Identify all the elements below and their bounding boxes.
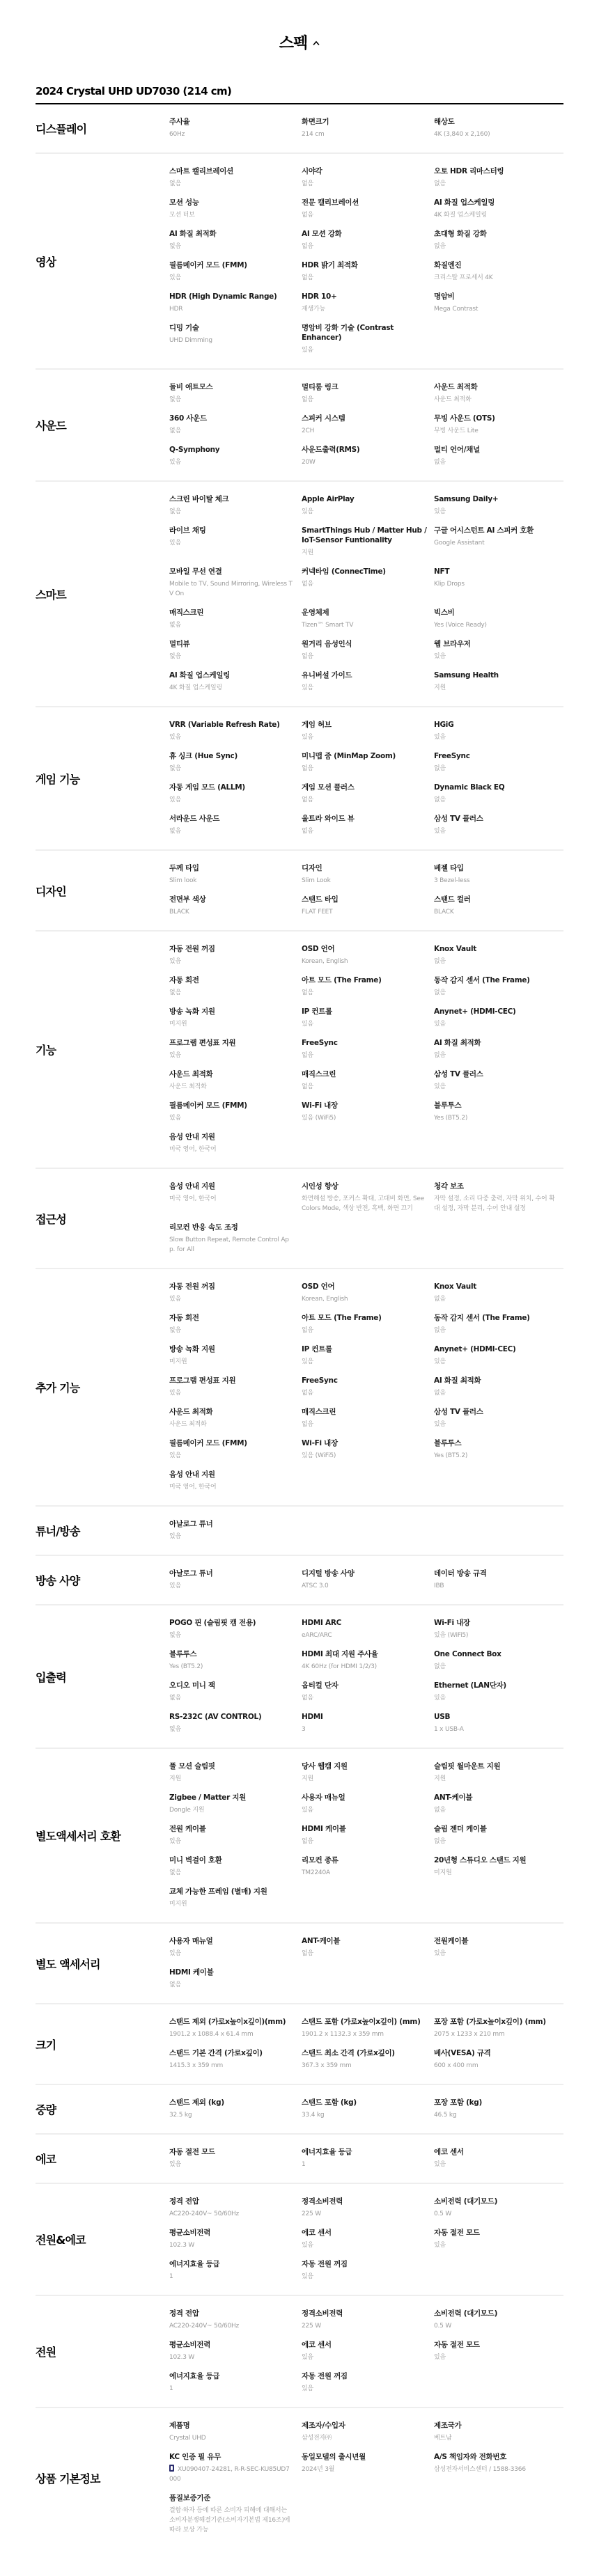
spec-label: 교체 가능한 프레임 (별매) 지원 bbox=[169, 1887, 302, 1896]
spec-value: 1 x USB-A bbox=[434, 1725, 566, 1734]
spec-label: 멀티룸 링크 bbox=[302, 382, 434, 392]
spec-label: KC 인증 필 유무 bbox=[169, 2452, 302, 2462]
spec-label: 멀티 언어/채널 bbox=[434, 445, 566, 455]
spec-value: 크리스탈 프로세서 4K bbox=[434, 273, 566, 283]
spec-label: 자동 전원 꺼짐 bbox=[169, 944, 302, 954]
spec-label: 전원 케이블 bbox=[169, 1824, 302, 1834]
spec-item: 스피커 시스템2CH bbox=[302, 409, 434, 441]
spec-section: 디자인두께 타입Slim look디자인Slim Look베젤 타입3 Beze… bbox=[36, 851, 563, 932]
spec-value: Mega Contrast bbox=[434, 304, 566, 314]
spec-label: 유니버설 가이드 bbox=[302, 670, 434, 680]
spec-item: 프로그램 편성표 지원있음 bbox=[169, 1372, 302, 1403]
spec-value: 3 Bezel-less bbox=[434, 876, 566, 886]
spec-value: 사운드 최적화 bbox=[434, 395, 566, 405]
spec-label: OSD 언어 bbox=[302, 1282, 434, 1291]
spec-item: 풀 모션 슬림핏지원 bbox=[169, 1757, 302, 1789]
spec-label: 360 사운드 bbox=[169, 414, 302, 423]
spec-label: Samsung Health bbox=[434, 670, 566, 680]
spec-grid: 스마트 캘리브레이션없음시야각없음오토 HDR 리마스터링없음모션 성능모션 터… bbox=[169, 162, 566, 360]
spec-item: 방송 녹화 지원미지원 bbox=[169, 1340, 302, 1372]
spec-label: 제조자/수입자 bbox=[302, 2421, 434, 2430]
spec-label: 휴 싱크 (Hue Sync) bbox=[169, 751, 302, 761]
spec-item: 베젤 타입3 Bezel-less bbox=[434, 859, 566, 890]
spec-label: 돌비 애트모스 bbox=[169, 382, 302, 392]
spec-value: 미지원 bbox=[169, 1357, 302, 1367]
spec-value: 4K 60Hz (for HDMI 1/2/3) bbox=[302, 1662, 434, 1672]
section-title: 입출력 bbox=[36, 1614, 169, 1739]
spec-item: 삼성 TV 플러스있음 bbox=[434, 1403, 566, 1434]
spec-value: IBB bbox=[434, 1581, 566, 1591]
spec-value: 없음 bbox=[169, 652, 302, 661]
spec-label: 초대형 화질 강화 bbox=[434, 229, 566, 239]
spec-item: 동일모델의 출시년월2024년 3월 bbox=[302, 2448, 434, 2489]
spec-value: 없음 bbox=[302, 764, 434, 773]
spec-value: Korean, English bbox=[302, 1294, 434, 1304]
spec-grid: POGO 핀 (슬림핏 캠 전용)없음HDMI ARCeARC/ARCWi-Fi… bbox=[169, 1614, 566, 1739]
spec-value: FLAT FEET bbox=[302, 907, 434, 917]
spec-value: 있음 bbox=[169, 1532, 302, 1541]
spec-grid: 스탠드 제외 (가로x높이x깊이)(mm)1901.2 x 1088.4 x 6… bbox=[169, 2013, 566, 2075]
spec-item: 스탠드 포함 (가로x높이x깊이) (mm)1901.2 x 1132.3 x … bbox=[302, 2013, 434, 2044]
spec-value: 1 bbox=[169, 2384, 302, 2394]
spec-item: 운영체제Tizen™ Smart TV bbox=[302, 604, 434, 635]
spec-value: Yes (BT5.2) bbox=[434, 1113, 566, 1123]
spec-item: Ethernet (LAN단자)있음 bbox=[434, 1676, 566, 1708]
spec-label: 스탠드 컬러 bbox=[434, 895, 566, 904]
spec-value: 있음 bbox=[302, 1805, 434, 1815]
spec-item: 스탠드 제외 (kg)32.5 kg bbox=[169, 2094, 302, 2125]
spec-section: 상품 기본정보제품명Crystal UHD제조자/수입자삼성전자㈜제조국가베트남… bbox=[36, 2408, 563, 2548]
spec-item: 자동 절전 모드있음 bbox=[169, 2143, 302, 2174]
spec-label: HDR (High Dynamic Range) bbox=[169, 292, 302, 301]
spec-value: 있음 bbox=[302, 1019, 434, 1029]
spec-label: 자동 전원 꺼짐 bbox=[169, 1282, 302, 1291]
spec-value: 있음 bbox=[434, 2353, 566, 2362]
spec-item: 삼성 TV 플러스있음 bbox=[434, 1065, 566, 1097]
spec-item: 유니버설 가이드있음 bbox=[302, 666, 434, 698]
spec-label: AI 화질 최적화 bbox=[434, 1038, 566, 1048]
spec-section: 별도액세서리 호환풀 모션 슬림핏지원당사 웹캠 지원지원슬림핏 월마운트 지원… bbox=[36, 1749, 563, 1924]
spec-label: 풀 모션 슬림핏 bbox=[169, 1761, 302, 1771]
spec-label: 시인성 향상 bbox=[302, 1181, 434, 1191]
spec-value: 없음 bbox=[169, 1980, 302, 1990]
spec-value: 있음 bbox=[169, 1388, 302, 1398]
spec-value: 미지원 bbox=[434, 1868, 566, 1878]
section-title: 크기 bbox=[36, 2013, 169, 2075]
spec-item: 스탠드 최소 간격 (가로x깊이)367.3 x 359 mm bbox=[302, 2044, 434, 2075]
section-title: 추가 기능 bbox=[36, 1278, 169, 1497]
spec-item: 정격소비전력225 W bbox=[302, 2304, 434, 2336]
spec-label: 모바일 무선 연결 bbox=[169, 567, 302, 576]
spec-label: 스피커 시스템 bbox=[302, 414, 434, 423]
spec-item: 동작 감지 센서 (The Frame)없음 bbox=[434, 1309, 566, 1340]
spec-value: 있음 bbox=[169, 2160, 302, 2169]
spec-grid: 스크린 바이탈 체크없음Apple AirPlay있음Samsung Daily… bbox=[169, 490, 566, 698]
spec-section: 추가 기능자동 전원 꺼짐있음OSD 언어Korean, EnglishKnox… bbox=[36, 1269, 563, 1507]
spec-item: Samsung Daily+있음 bbox=[434, 490, 566, 521]
spec-section: 크기스탠드 제외 (가로x높이x깊이)(mm)1901.2 x 1088.4 x… bbox=[36, 2004, 563, 2085]
spec-item: 구글 어시스턴트 AI 스피커 호환Google Assistant bbox=[434, 521, 566, 563]
section-title: 방송 사양 bbox=[36, 1564, 169, 1596]
spec-value: 없음 bbox=[302, 1051, 434, 1060]
spec-value: 있음 bbox=[169, 1294, 302, 1304]
spec-label: 동작 감지 센서 (The Frame) bbox=[434, 1313, 566, 1323]
spec-item: 시야각없음 bbox=[302, 162, 434, 194]
spec-value: 있음 bbox=[169, 1051, 302, 1060]
spec-label: 베젤 타입 bbox=[434, 863, 566, 873]
spec-item: 사운드 최적화사운드 최적화 bbox=[169, 1065, 302, 1097]
spec-value: 있음 bbox=[302, 683, 434, 693]
spec-label: 사운드 최적화 bbox=[169, 1069, 302, 1079]
section-title: 사운드 bbox=[36, 378, 169, 472]
spec-item: HDR 10+재생가능 bbox=[302, 288, 434, 319]
spec-value: 화면해설 방송, 포커스 확대, 고대비 화면, SeeColors Mode,… bbox=[302, 1194, 434, 1214]
spec-item: OSD 언어Korean, English bbox=[302, 940, 434, 971]
spec-value: Google Assistant bbox=[434, 538, 566, 548]
spec-grid: 자동 전원 꺼짐있음OSD 언어Korean, EnglishKnox Vaul… bbox=[169, 1278, 566, 1497]
spec-value: 600 x 400 mm bbox=[434, 2061, 566, 2071]
spec-label: 음성 안내 지원 bbox=[169, 1470, 302, 1479]
spec-item: Wi-Fi 내장있음 (WiFi5) bbox=[434, 1614, 566, 1645]
spec-value: 없음 bbox=[169, 1868, 302, 1878]
spec-item: 아트 모드 (The Frame)없음 bbox=[302, 971, 434, 1003]
spec-section: 별도 액세서리사용자 매뉴얼있음ANT-케이블없음전원케이블있음HDMI 케이블… bbox=[36, 1924, 563, 2004]
spec-label: 에너지효율 등급 bbox=[169, 2259, 302, 2269]
spec-value: 삼성전자㈜ bbox=[302, 2433, 434, 2443]
spec-item: 명암비 강화 기술 (Contrast Enhancer)있음 bbox=[302, 319, 434, 360]
spec-value: HDR bbox=[169, 304, 302, 314]
section-title: 전원 bbox=[36, 2304, 169, 2398]
kc-certification-icon bbox=[169, 2465, 174, 2472]
spec-label: 사운드출력(RMS) bbox=[302, 445, 434, 455]
spec-item: 에너지효율 등급1 bbox=[302, 2143, 434, 2174]
spec-item: 소비전력 (대기모드)0.5 W bbox=[434, 2192, 566, 2224]
spec-label: 서라운드 사운드 bbox=[169, 814, 302, 824]
spec-label: HDR 10+ bbox=[302, 292, 434, 301]
spec-label: 소비전력 (대기모드) bbox=[434, 2197, 566, 2206]
spec-label: 리모컨 종류 bbox=[302, 1855, 434, 1865]
spec-label: 미니 벽걸이 호환 bbox=[169, 1855, 302, 1865]
spec-item: 멀티룸 링크없음 bbox=[302, 378, 434, 409]
spec-item: 당사 웹캠 지원지원 bbox=[302, 1757, 434, 1789]
spec-label: 자동 회전 bbox=[169, 975, 302, 985]
spec-label: HDMI bbox=[302, 1712, 434, 1722]
spec-item: 매직스크린없음 bbox=[302, 1403, 434, 1434]
spec-item: 스탠드 기본 간격 (가로x깊이)1415.3 x 359 mm bbox=[169, 2044, 302, 2075]
spec-label: 블루투스 bbox=[169, 1649, 302, 1659]
spec-item: Wi-Fi 내장있음 (WiFi5) bbox=[302, 1434, 434, 1466]
spec-item: 음성 안내 지원미국 영어, 한국어 bbox=[169, 1177, 302, 1218]
spec-value: 있음 bbox=[434, 507, 566, 517]
spec-item: FreeSync없음 bbox=[302, 1034, 434, 1065]
spec-label: 정격 전압 bbox=[169, 2309, 302, 2318]
spec-value: 미지원 bbox=[169, 1899, 302, 1909]
spec-value: 있음 bbox=[302, 2353, 434, 2362]
spec-item: 전면부 색상BLACK bbox=[169, 890, 302, 922]
spec-label: NFT bbox=[434, 567, 566, 576]
spec-label: AI 화질 업스케일링 bbox=[169, 670, 302, 680]
spec-label: 베사(VESA) 규격 bbox=[434, 2048, 566, 2058]
spec-item: 에너지효율 등급1 bbox=[169, 2367, 302, 2398]
spec-value: UHD Dimming bbox=[169, 336, 302, 345]
spec-label: 자동 전원 꺼짐 bbox=[302, 2371, 434, 2381]
spec-label: 프로그램 편성표 지원 bbox=[169, 1376, 302, 1385]
spec-grid: VRR (Variable Refresh Rate)있음게임 허브있음HGiG… bbox=[169, 716, 566, 841]
spec-item: 사용자 매뉴얼있음 bbox=[169, 1932, 302, 1963]
spec-value: 없음 bbox=[169, 426, 302, 436]
spec-item: 옵티컬 단자없음 bbox=[302, 1676, 434, 1708]
spec-label: SmartThings Hub / Matter Hub / IoT-Senso… bbox=[302, 526, 434, 545]
spec-label: Wi-Fi 내장 bbox=[434, 1618, 566, 1628]
spec-item: One Connect Box없음 bbox=[434, 1645, 566, 1676]
spec-item: USB1 x USB-A bbox=[434, 1708, 566, 1739]
spec-value: 미지원 bbox=[169, 1019, 302, 1029]
spec-value: 지원 bbox=[302, 1774, 434, 1784]
section-title: 튜너/방송 bbox=[36, 1515, 169, 1546]
spec-value: 없음 bbox=[169, 826, 302, 836]
spec-item: 블루투스Yes (BT5.2) bbox=[434, 1097, 566, 1128]
spec-value: 재생가능 bbox=[302, 304, 434, 314]
spec-item: 빅스비Yes (Voice Ready) bbox=[434, 604, 566, 635]
spec-item: 리모컨 반응 속도 조정Slow Button Repeat, Remote C… bbox=[169, 1218, 302, 1259]
spec-item: FreeSync없음 bbox=[434, 747, 566, 778]
spec-item: HGiG있음 bbox=[434, 716, 566, 747]
spec-value: eARC/ARC bbox=[302, 1631, 434, 1640]
spec-label: HDMI ARC bbox=[302, 1618, 434, 1628]
spec-label: VRR (Variable Refresh Rate) bbox=[169, 720, 302, 730]
spec-item: 서라운드 사운드없음 bbox=[169, 810, 302, 841]
spec-item: 음성 안내 지원미국 영어, 한국어 bbox=[169, 1128, 302, 1159]
spec-value: 없음 bbox=[434, 1294, 566, 1304]
spec-item: OSD 언어Korean, English bbox=[302, 1278, 434, 1309]
spec-value: 없음 bbox=[434, 1805, 566, 1815]
spec-value: AC220-240V~ 50/60Hz bbox=[169, 2321, 302, 2331]
spec-value: 있음 bbox=[169, 1581, 302, 1591]
spec-item: AI 화질 최적화없음 bbox=[434, 1034, 566, 1065]
spec-item: 20년형 스튜디오 스탠드 지원미지원 bbox=[434, 1851, 566, 1883]
spec-label: 음성 안내 지원 bbox=[169, 1181, 302, 1191]
spec-value: 없음 bbox=[302, 579, 434, 589]
spec-label: 원거리 음성인식 bbox=[302, 639, 434, 649]
spec-value-text: XU090407-24281, R-R-SEC-KU85UD7000 bbox=[169, 2466, 290, 2483]
spec-value: 있음 bbox=[434, 1693, 566, 1703]
spec-label: 무빙 사운드 (OTS) bbox=[434, 414, 566, 423]
spec-item: Q-Symphony있음 bbox=[169, 441, 302, 472]
spec-label: 제조국가 bbox=[434, 2421, 566, 2430]
spec-value: 60Hz bbox=[169, 129, 302, 139]
spec-item: NFTKlip Drops bbox=[434, 563, 566, 604]
spec-value: AC220-240V~ 50/60Hz bbox=[169, 2209, 302, 2219]
spec-value: 없음 bbox=[302, 1082, 434, 1092]
spec-item: 블루투스Yes (BT5.2) bbox=[169, 1645, 302, 1676]
spec-value: 있음 bbox=[434, 826, 566, 836]
spec-item: 정격소비전력225 W bbox=[302, 2192, 434, 2224]
spec-label: 음성 안내 지원 bbox=[169, 1132, 302, 1142]
spec-label: 게임 허브 bbox=[302, 720, 434, 730]
spec-item: 전원 케이블있음 bbox=[169, 1820, 302, 1851]
spec-grid: 스탠드 제외 (kg)32.5 kg스탠드 포함 (kg)33.4 kg포장 포… bbox=[169, 2094, 566, 2125]
spec-label: 동작 감지 센서 (The Frame) bbox=[434, 975, 566, 985]
spec-label: 자동 절전 모드 bbox=[434, 2340, 566, 2350]
spec-item: 리모컨 종류TM2240A bbox=[302, 1851, 434, 1883]
spec-label: Apple AirPlay bbox=[302, 494, 434, 504]
spec-item: 자동 절전 모드있음 bbox=[434, 2336, 566, 2367]
spec-value: Slim Look bbox=[302, 876, 434, 886]
spec-value: 없음 bbox=[434, 457, 566, 467]
spec-label: 사용자 매뉴얼 bbox=[169, 1936, 302, 1946]
spec-grid: 정격 전압AC220-240V~ 50/60Hz정격소비전력225 W소비전력 … bbox=[169, 2192, 566, 2286]
spec-item: 평균소비전력102.3 W bbox=[169, 2336, 302, 2367]
spec-value: 367.3 x 359 mm bbox=[302, 2061, 434, 2071]
spec-item: 자동 전원 꺼짐있음 bbox=[169, 1278, 302, 1309]
spec-value: 있음 bbox=[434, 1019, 566, 1029]
spec-label: One Connect Box bbox=[434, 1649, 566, 1659]
spec-label: Wi-Fi 내장 bbox=[302, 1438, 434, 1448]
spec-item: 제품명Crystal UHD bbox=[169, 2417, 302, 2448]
spec-label: 필름메이커 모드 (FMM) bbox=[169, 1101, 302, 1110]
spec-value: 있음 (WiFi5) bbox=[302, 1451, 434, 1461]
spec-value: 자막 설정, 소리 다중 출력, 자막 위치, 수어 확대 설정, 자막 분리,… bbox=[434, 1194, 566, 1214]
spec-value: 있음 bbox=[169, 1113, 302, 1123]
spec-label: Q-Symphony bbox=[169, 445, 302, 455]
spec-label: 울트라 와이드 뷰 bbox=[302, 814, 434, 824]
spec-item: 방송 녹화 지원미지원 bbox=[169, 1003, 302, 1034]
spec-value: 있음 bbox=[169, 957, 302, 966]
spec-label: 정격 전압 bbox=[169, 2197, 302, 2206]
spec-value: 있음 bbox=[169, 457, 302, 467]
spec-item: 해상도4K (3,840 x 2,160) bbox=[434, 113, 566, 144]
spec-value: 0.5 W bbox=[434, 2209, 566, 2219]
spec-value: 없음 bbox=[302, 988, 434, 998]
spec-item: 초대형 화질 강화없음 bbox=[434, 225, 566, 256]
spec-value: 없음 bbox=[434, 764, 566, 773]
spec-item: AI 모션 강화없음 bbox=[302, 225, 434, 256]
spec-label: 커넥타임 (ConnecTime) bbox=[302, 567, 434, 576]
spec-item: Samsung Health지원 bbox=[434, 666, 566, 698]
spec-item: SmartThings Hub / Matter Hub / IoT-Senso… bbox=[302, 521, 434, 563]
spec-grid: 제품명Crystal UHD제조자/수입자삼성전자㈜제조국가베트남KC 인증 필… bbox=[169, 2417, 566, 2540]
section-title: 별도액세서리 호환 bbox=[36, 1757, 169, 1914]
spec-label: 정격소비전력 bbox=[302, 2309, 434, 2318]
spec-item: 자동 절전 모드있음 bbox=[434, 2224, 566, 2255]
spec-value: 1 bbox=[302, 2160, 434, 2169]
spec-label: 평균소비전력 bbox=[169, 2340, 302, 2350]
spec-value: 2075 x 1233 x 210 mm bbox=[434, 2029, 566, 2039]
spec-label: 20년형 스튜디오 스탠드 지원 bbox=[434, 1855, 566, 1865]
spec-item: AI 화질 최적화없음 bbox=[169, 225, 302, 256]
spec-value: 214 cm bbox=[302, 129, 434, 139]
spec-label: OSD 언어 bbox=[302, 944, 434, 954]
spec-value: 없음 bbox=[169, 242, 302, 251]
spec-label: 두께 타입 bbox=[169, 863, 302, 873]
spec-label: AI 화질 최적화 bbox=[434, 1376, 566, 1385]
spec-label: 스탠드 기본 간격 (가로x깊이) bbox=[169, 2048, 302, 2058]
spec-section: 디스플레이주사율60Hz화면크기214 cm해상도4K (3,840 x 2,1… bbox=[36, 104, 563, 154]
spec-value: 없음 bbox=[169, 620, 302, 630]
spec-value: 20W bbox=[302, 457, 434, 467]
spec-label: Ethernet (LAN단자) bbox=[434, 1681, 566, 1690]
spec-section: 방송 사양아날로그 튜너있음디지털 방송 사양ATSC 3.0데이터 방송 규격… bbox=[36, 1556, 563, 1605]
spec-item: A/S 책임자와 전화번호삼성전자서비스센터 / 1588-3366 bbox=[434, 2448, 566, 2489]
spec-grid: 아날로그 튜너있음디지털 방송 사양ATSC 3.0데이터 방송 규격IBB bbox=[169, 1564, 566, 1596]
spec-value: 미국 영어, 한국어 bbox=[169, 1194, 302, 1204]
spec-value: 4K 화질 업스케일링 bbox=[434, 210, 566, 220]
spec-label: 해상도 bbox=[434, 117, 566, 127]
spec-value: 있음 (WiFi5) bbox=[434, 1631, 566, 1640]
spec-label: ANT-케이블 bbox=[302, 1936, 434, 1946]
spec-value: 없음 bbox=[302, 242, 434, 251]
spec-label: 운영체제 bbox=[302, 608, 434, 618]
spec-label: IP 컨트롤 bbox=[302, 1344, 434, 1354]
spec-grid: 사용자 매뉴얼있음ANT-케이블없음전원케이블있음HDMI 케이블없음 bbox=[169, 1932, 566, 1995]
spec-label: 멀티뷰 bbox=[169, 639, 302, 649]
spec-item: ANT-케이블없음 bbox=[434, 1789, 566, 1820]
spec-item: 화면크기214 cm bbox=[302, 113, 434, 144]
spec-value: 없음 bbox=[302, 795, 434, 805]
spec-label: 시야각 bbox=[302, 166, 434, 176]
spec-item: 무빙 사운드 (OTS)무빙 사운드 Lite bbox=[434, 409, 566, 441]
spec-collapse-toggle[interactable]: 스펙 bbox=[279, 31, 320, 53]
spec-item: Anynet+ (HDMI-CEC)있음 bbox=[434, 1340, 566, 1372]
spec-item: 원거리 음성인식없음 bbox=[302, 635, 434, 666]
spec-label: 자동 회전 bbox=[169, 1313, 302, 1323]
spec-value: 0.5 W bbox=[434, 2321, 566, 2331]
spec-value: 없음 bbox=[169, 1725, 302, 1734]
spec-value: 없음 bbox=[302, 652, 434, 661]
spec-value: 없음 bbox=[434, 1051, 566, 1060]
spec-value: 있음 bbox=[302, 507, 434, 517]
spec-value: 2024년 3월 bbox=[302, 2465, 434, 2474]
spec-label: 스탠드 타입 bbox=[302, 895, 434, 904]
spec-item: 삼성 TV 플러스있음 bbox=[434, 810, 566, 841]
spec-label: ANT-케이블 bbox=[434, 1793, 566, 1803]
spec-grid: 풀 모션 슬림핏지원당사 웹캠 지원지원슬림핏 월마운트 지원지원Zigbee … bbox=[169, 1757, 566, 1914]
spec-item: 블루투스Yes (BT5.2) bbox=[434, 1434, 566, 1466]
spec-value: 없음 bbox=[434, 242, 566, 251]
spec-value: 없음 bbox=[434, 795, 566, 805]
spec-item: FreeSync없음 bbox=[302, 1372, 434, 1403]
spec-value: 없음 bbox=[302, 395, 434, 405]
spec-label: 디지털 방송 사양 bbox=[302, 1569, 434, 1578]
spec-item: 스크린 바이탈 체크없음 bbox=[169, 490, 302, 521]
spec-value: 225 W bbox=[302, 2321, 434, 2331]
spec-item: 디밍 기술UHD Dimming bbox=[169, 319, 302, 360]
spec-label: 구글 어시스턴트 AI 스피커 호환 bbox=[434, 526, 566, 535]
spec-item: 슬림핏 월마운트 지원지원 bbox=[434, 1757, 566, 1789]
spec-label: 아트 모드 (The Frame) bbox=[302, 975, 434, 985]
spec-label: 사용자 매뉴얼 bbox=[302, 1793, 434, 1803]
spec-value: 무빙 사운드 Lite bbox=[434, 426, 566, 436]
spec-label: HDMI 최대 지원 주사율 bbox=[302, 1649, 434, 1659]
spec-item: HDR 밝기 최적화없음 bbox=[302, 256, 434, 288]
spec-value: 지원 bbox=[169, 1774, 302, 1784]
spec-item: HDMI ARCeARC/ARC bbox=[302, 1614, 434, 1645]
chevron-up-icon bbox=[313, 40, 320, 47]
spec-section: 입출력POGO 핀 (슬림핏 캠 전용)없음HDMI ARCeARC/ARCWi… bbox=[36, 1605, 563, 1749]
spec-label: AI 화질 업스케일링 bbox=[434, 198, 566, 207]
spec-label: 모션 성능 bbox=[169, 198, 302, 207]
spec-item: 에너지효율 등급1 bbox=[169, 2255, 302, 2286]
spec-item: 정격 전압AC220-240V~ 50/60Hz bbox=[169, 2192, 302, 2224]
spec-item: IP 컨트롤있음 bbox=[302, 1340, 434, 1372]
spec-item: 화질엔진크리스탈 프로세서 4K bbox=[434, 256, 566, 288]
spec-value: XU090407-24281, R-R-SEC-KU85UD7000 bbox=[169, 2465, 302, 2484]
spec-value: Slim look bbox=[169, 876, 302, 886]
spec-label: AI 모션 강화 bbox=[302, 229, 434, 239]
spec-item: 디자인Slim Look bbox=[302, 859, 434, 890]
spec-item: RS-232C (AV CONTROL)없음 bbox=[169, 1708, 302, 1739]
spec-section: 영상스마트 캘리브레이션없음시야각없음오토 HDR 리마스터링없음모션 성능모션… bbox=[36, 154, 563, 370]
